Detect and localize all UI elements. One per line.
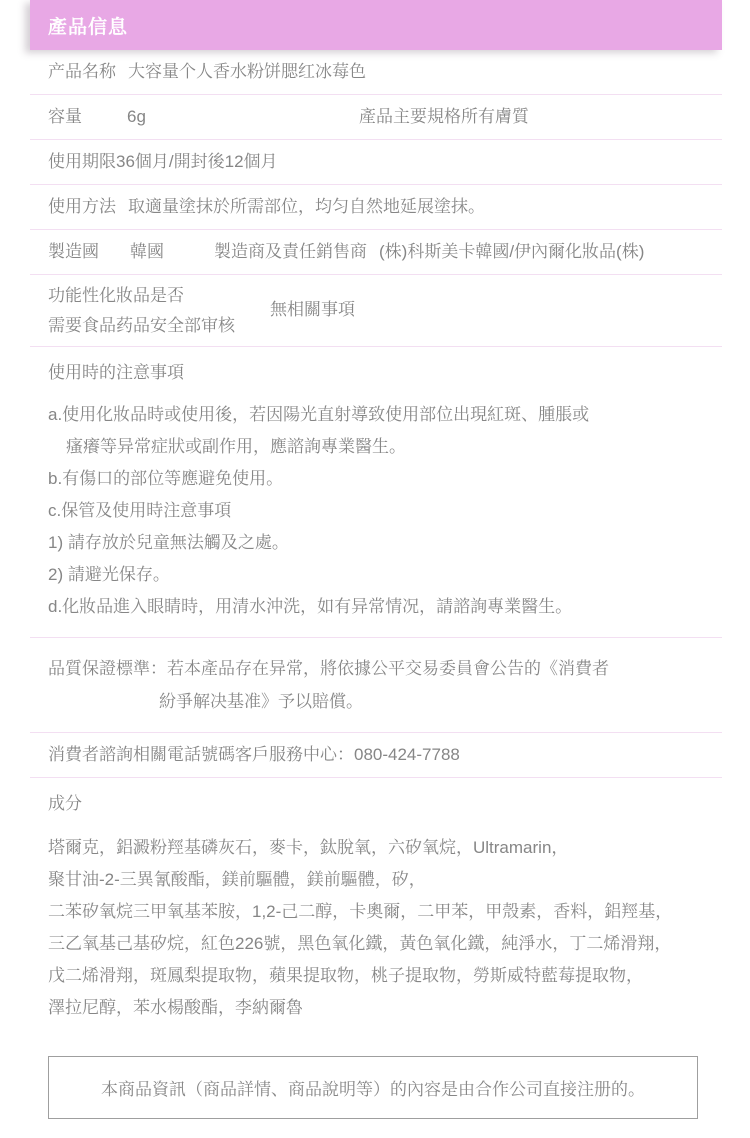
functional-review-value: 無相關事項 bbox=[270, 299, 355, 322]
section-ingredients: 成分 塔爾克，鋁澱粉羥基磷灰石，麥卡，鈦脫氧，六矽氧烷，Ultramarin， … bbox=[30, 778, 722, 1030]
capacity-label: 容量 bbox=[48, 106, 127, 129]
functional-review-label: 功能性化妝品是否 需要食品药品安全部审核 bbox=[48, 281, 270, 341]
ingredients-list: 塔爾克，鋁澱粉羥基磷灰石，麥卡，鈦脫氧，六矽氧烷，Ultramarin， 聚甘油… bbox=[48, 832, 708, 1024]
cautions-heading: 使用時的注意事項 bbox=[48, 361, 708, 385]
row-consumer-contact: 消費者諮詢相關電話號碼客戶服務中心：080-424-7788 bbox=[30, 733, 722, 778]
partner-registration-note-text: 本商品資訊（商品詳情、商品說明等）的內容是由合作公司直接注册的。 bbox=[101, 1075, 645, 1100]
row-functional-review: 功能性化妝品是否 需要食品药品安全部审核 無相關事項 bbox=[30, 275, 722, 347]
consumer-contact-text: 消費者諮詢相關電話號碼客戶服務中心：080-424-7788 bbox=[48, 744, 460, 767]
partner-registration-note-box: 本商品資訊（商品詳情、商品說明等）的內容是由合作公司直接注册的。 bbox=[48, 1056, 698, 1119]
product-name-value: 大容量个人香水粉饼腮红冰莓色 bbox=[128, 61, 366, 84]
section-quality-guarantee: 品質保證標準：若本產品存在异常，將依據公平交易委員會公告的《消費者 紛爭解决基准… bbox=[30, 638, 722, 733]
row-capacity-spec: 容量 6g 產品主要規格 所有膚質 bbox=[30, 95, 722, 140]
quality-guarantee-line2: 紛爭解决基准》予以賠償。 bbox=[48, 685, 708, 718]
expiry-label: 使用期限 bbox=[48, 151, 116, 174]
spec-label: 產品主要規格 bbox=[359, 106, 461, 129]
quality-guarantee-line1: 品質保證標準：若本產品存在异常，將依據公平交易委員會公告的《消費者 bbox=[48, 652, 708, 685]
row-product-name: 产品名称 大容量个人香水粉饼腮红冰莓色 bbox=[30, 50, 722, 95]
cautions-list: a.使用化妝品時或使用後，若因陽光直射導致使用部位出現紅斑、腫脹或 瘙癢等异常症… bbox=[48, 399, 708, 623]
ingredients-heading: 成分 bbox=[48, 792, 708, 816]
ingredients-line-5: 戊二烯滑翔，斑鳳梨提取物，蘋果提取物，桃子提取物，勞斯威特藍莓提取物， bbox=[48, 960, 708, 992]
ingredients-line-3: 二苯矽氧烷三甲氧基苯胺，1,2-己二醇，卡奧爾，二甲苯，甲殼素，香料，鋁羥基， bbox=[48, 896, 708, 928]
manufacturer-label: 製造商及責任銷售商 bbox=[214, 241, 367, 264]
origin-value: 韓國 bbox=[130, 241, 214, 264]
section-cautions: 使用時的注意事項 a.使用化妝品時或使用後，若因陽光直射導致使用部位出現紅斑、腫… bbox=[30, 347, 722, 638]
expiry-value: 36個月/開封後12個月 bbox=[116, 151, 278, 174]
row-expiry: 使用期限 36個月/開封後12個月 bbox=[30, 140, 722, 185]
caution-line-d: d.化妝品進入眼睛時，用清水沖洗，如有异常情况，請諮詢專業醫生。 bbox=[48, 591, 708, 623]
ingredients-line-2: 聚甘油-2-三異氰酸酯，鎂前驅體，鎂前驅體，矽， bbox=[48, 864, 708, 896]
usage-value: 取適量塗抹於所需部位，均匀自然地延展塗抹。 bbox=[128, 196, 485, 219]
section-header-bar: 產品信息 bbox=[30, 0, 722, 50]
caution-line-a2: 瘙癢等异常症狀或副作用，應諮詢專業醫生。 bbox=[48, 431, 708, 463]
usage-label: 使用方法 bbox=[48, 196, 116, 219]
manufacturer-value: (株)科斯美卡韓國/伊內爾化妝品(株) bbox=[379, 241, 644, 264]
caution-line-b: b.有傷口的部位等應避免使用。 bbox=[48, 463, 708, 495]
functional-review-label-line1: 功能性化妝品是否 bbox=[48, 281, 270, 311]
origin-label: 製造國 bbox=[48, 241, 130, 264]
capacity-value: 6g bbox=[127, 106, 359, 129]
product-info-sheet: 產品信息 产品名称 大容量个人香水粉饼腮红冰莓色 容量 6g 產品主要規格 所有… bbox=[30, 0, 722, 1119]
functional-review-label-line2: 需要食品药品安全部审核 bbox=[48, 311, 270, 341]
caution-line-c2: 2) 請避光保存。 bbox=[48, 559, 708, 591]
product-name-label: 产品名称 bbox=[48, 61, 116, 84]
ingredients-line-6: 澤拉尼醇，苯水楊酸酯，李納爾魯 bbox=[48, 992, 708, 1024]
caution-line-c: c.保管及使用時注意事項 bbox=[48, 495, 708, 527]
ingredients-line-4: 三乙氧基己基矽烷，紅色226號，黑色氧化鐵，黃色氧化鐵，純淨水，丁二烯滑翔， bbox=[48, 928, 708, 960]
section-title: 產品信息 bbox=[48, 12, 128, 39]
caution-line-a: a.使用化妝品時或使用後，若因陽光直射導致使用部位出現紅斑、腫脹或 bbox=[48, 399, 708, 431]
row-origin-manufacturer: 製造國 韓國 製造商及責任銷售商 (株)科斯美卡韓國/伊內爾化妝品(株) bbox=[30, 230, 722, 275]
caution-line-c1: 1) 請存放於兒童無法觸及之處。 bbox=[48, 527, 708, 559]
ingredients-line-1: 塔爾克，鋁澱粉羥基磷灰石，麥卡，鈦脫氧，六矽氧烷，Ultramarin， bbox=[48, 832, 708, 864]
spec-value: 所有膚質 bbox=[461, 106, 529, 129]
row-usage: 使用方法 取適量塗抹於所需部位，均匀自然地延展塗抹。 bbox=[30, 185, 722, 230]
